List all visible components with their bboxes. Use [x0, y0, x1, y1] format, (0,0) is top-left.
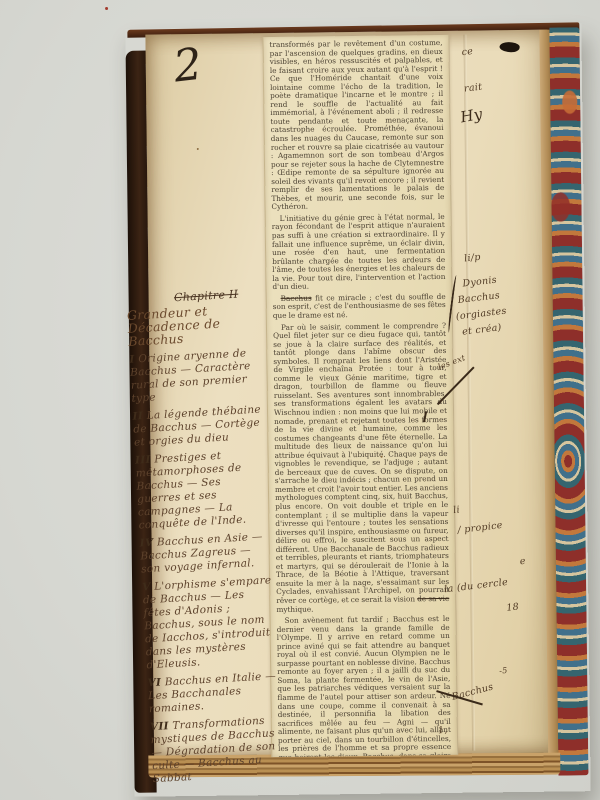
notes-title: Grandeur et Décadence de Bacchus — [127, 302, 259, 348]
clipping-paragraph: Bacchus fit ce miracle ; c'est du souffl… — [273, 293, 446, 321]
note-numeral: IV — [139, 537, 153, 550]
clipping-paragraph: Par où le saisir, comment le comprendre … — [273, 321, 450, 614]
right-margin-note: 1, — [437, 724, 448, 736]
note-text: Prestiges et métamorphoses de Bacchus — … — [135, 450, 246, 532]
book: 2 transformés par le revêtement d'un cos… — [125, 23, 590, 797]
clipping-text: mythique. — [276, 604, 313, 613]
right-margin-note: li/p — [464, 252, 482, 265]
paper-speck — [381, 456, 383, 458]
note-item: VII Transformations mystiques de Bacchus… — [150, 714, 283, 786]
photo-backdrop: 2 transformés par le revêtement d'un cos… — [0, 0, 600, 800]
right-margin-note: -5 — [499, 666, 508, 676]
note-numeral: VI — [147, 677, 161, 690]
note-text: Origine aryenne de Bacchus — Caractère r… — [130, 347, 251, 404]
left-margin-notes: Chapitre II Grandeur et Décadence de Bac… — [126, 287, 284, 791]
note-item: III Prestiges et métamorphoses de Bacchu… — [135, 447, 269, 532]
note-item: VI Bacchus en Italie — Les Bacchanales r… — [147, 670, 279, 716]
right-margin-note: ce — [461, 46, 474, 58]
right-margin-note: e — [519, 556, 526, 568]
printed-clipping: transformés par le revêtement d'un costu… — [262, 35, 458, 757]
note-item: IV Bacchus en Asie — Bacchus Zagreus — s… — [139, 530, 271, 576]
note-item: II La légende thébaine de Bacchus — Cort… — [132, 403, 264, 449]
note-item: I Origine aryenne de Bacchus — Caractère… — [129, 347, 262, 406]
note-text: L'orphisme s'empare de Bacchus — Les fêt… — [143, 574, 272, 671]
paper-speck — [197, 148, 199, 150]
right-margin-note: li — [453, 504, 461, 516]
note-numeral: I — [129, 354, 135, 366]
note-numeral: III — [135, 454, 151, 467]
note-numeral: V — [142, 581, 151, 593]
clipping-paragraph: Son avènement fut tardif ; Bacchus est l… — [277, 615, 452, 757]
note-item: V L'orphisme s'empare de Bacchus — Les f… — [142, 574, 277, 672]
note-text: La légende thébaine de Bacchus — Cortège… — [133, 404, 261, 449]
right-margin-note: rait — [463, 82, 482, 95]
note-numeral: II — [132, 410, 143, 423]
page-number: 2 — [171, 39, 205, 93]
note-text: Bacchus en Italie — Les Bacchanales roma… — [148, 670, 276, 715]
clipping-paragraph: L'initiative du génie grec à l'état norm… — [272, 213, 446, 292]
clipping-paragraph: transformés par le revêtement d'un costu… — [269, 39, 444, 212]
note-text: Bacchus en Asie — Bacchus Zagreus — son … — [140, 531, 263, 576]
note-numeral: VII — [150, 720, 170, 733]
note-text: Transformations mystiques de Bacchus — D… — [150, 715, 275, 785]
right-margin-note: 18 — [506, 601, 520, 613]
paper-speck — [105, 7, 108, 10]
clipping-text: Par où le saisir, comment le comprendre … — [273, 320, 449, 605]
